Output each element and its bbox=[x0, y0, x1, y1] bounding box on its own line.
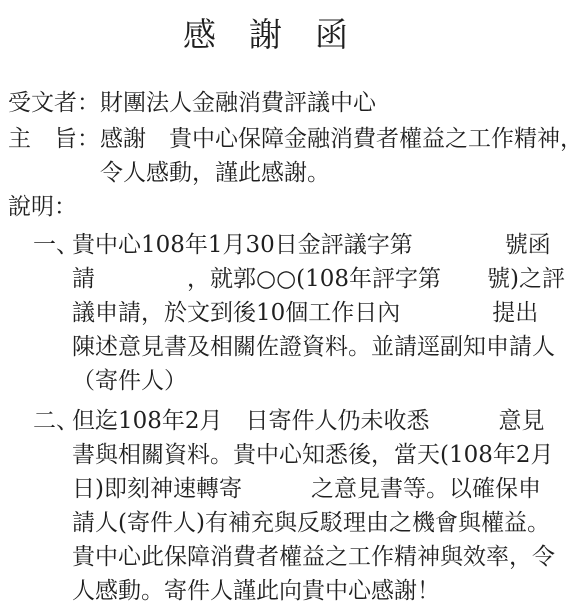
item-2-line-3: 日)即刻神速轉寄 之意見書等。以確保申 bbox=[72, 472, 584, 506]
item-2-number: 二、 bbox=[33, 404, 79, 438]
recipient-line: 受文者：財團法人金融消費評議中心 bbox=[0, 86, 584, 120]
subject-label: 主 旨： bbox=[0, 122, 100, 156]
explanation-item-1: 一、 貴中心108年1月30日金評議字第 號函 請 ，就郭○○(108年評字第 … bbox=[0, 228, 584, 398]
subject-text-line-1: 感謝 貴中心保障金融消費者權益之工作精神， bbox=[100, 122, 583, 156]
item-1-line-2: 請 ，就郭○○(108年評字第 號)之評 bbox=[72, 262, 584, 296]
item-2-line-2: 書與相關資料。貴中心知悉後，當天(108年2月 bbox=[72, 438, 584, 472]
item-1-number: 一、 bbox=[33, 228, 79, 262]
item-2-line-6: 人感動。寄件人謹此向貴中心感謝！ bbox=[72, 574, 584, 608]
item-2-line-4: 請人(寄件人)有補充與反駁理由之機會與權益。 bbox=[72, 506, 584, 540]
item-2-line-1: 但迄108年2月 日寄件人仍未收悉 意見 bbox=[72, 404, 584, 438]
subject-text: 感謝 貴中心保障金融消費者權益之工作精神， 令人感動，謹此感謝。 bbox=[100, 122, 583, 190]
item-1-line-5: （寄件人） bbox=[72, 364, 584, 398]
explanation-label: 說明： bbox=[0, 190, 584, 224]
letter-title: 感 謝 函 bbox=[0, 0, 584, 54]
item-1-line-1: 貴中心108年1月30日金評議字第 號函 bbox=[72, 228, 584, 262]
recipient-label: 受文者： bbox=[8, 90, 100, 116]
item-1-line-3: 議申請，於文到後10個工作日內 提出 bbox=[72, 296, 584, 330]
explanation-item-2: 二、 但迄108年2月 日寄件人仍未收悉 意見 書與相關資料。貴中心知悉後，當天… bbox=[0, 404, 584, 608]
item-1-line-4: 陳述意見書及相關佐證資料。並請逕副知申請人 bbox=[72, 330, 584, 364]
recipient-name: 財團法人金融消費評議中心 bbox=[100, 90, 376, 116]
subject-section: 主 旨： 感謝 貴中心保障金融消費者權益之工作精神， 令人感動，謹此感謝。 bbox=[0, 122, 584, 190]
item-2-line-5: 貴中心此保障消費者權益之工作精神與效率，令 bbox=[72, 540, 584, 574]
letter-page: 感 謝 函 受文者：財團法人金融消費評議中心 主 旨： 感謝 貴中心保障金融消費… bbox=[0, 0, 584, 614]
subject-text-line-2: 令人感動，謹此感謝。 bbox=[100, 156, 583, 190]
